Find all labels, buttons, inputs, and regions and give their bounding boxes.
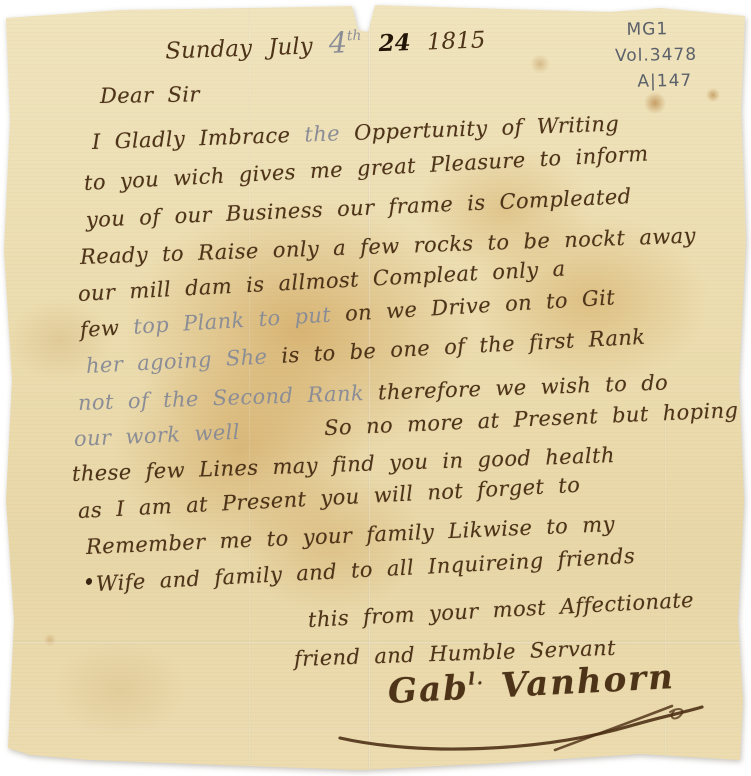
signature-flourish <box>330 698 710 760</box>
letter-paper: MG1 Vol.3478 A|147 Sunday July 4th 24 18… <box>0 0 751 776</box>
letter-line: Ready to Raise only a few rocks to be no… <box>80 224 697 269</box>
archive-line: Vol.3478 <box>613 41 743 69</box>
archive-mark: MG1 Vol.3478 A|147 <box>612 15 743 95</box>
archive-line: A|147 <box>613 67 743 95</box>
letter-line: Dear Sir <box>100 82 200 108</box>
archive-line: MG1 <box>612 15 742 43</box>
letter-scan: MG1 Vol.3478 A|147 Sunday July 4th 24 18… <box>0 0 751 776</box>
date-line: Sunday July 4th 24 1815 <box>165 20 486 65</box>
letter-line: this from your most Affectionate <box>307 588 694 632</box>
margin-ink-dot <box>85 577 93 586</box>
letter-line: you of our Business our frame is Complea… <box>85 184 631 232</box>
